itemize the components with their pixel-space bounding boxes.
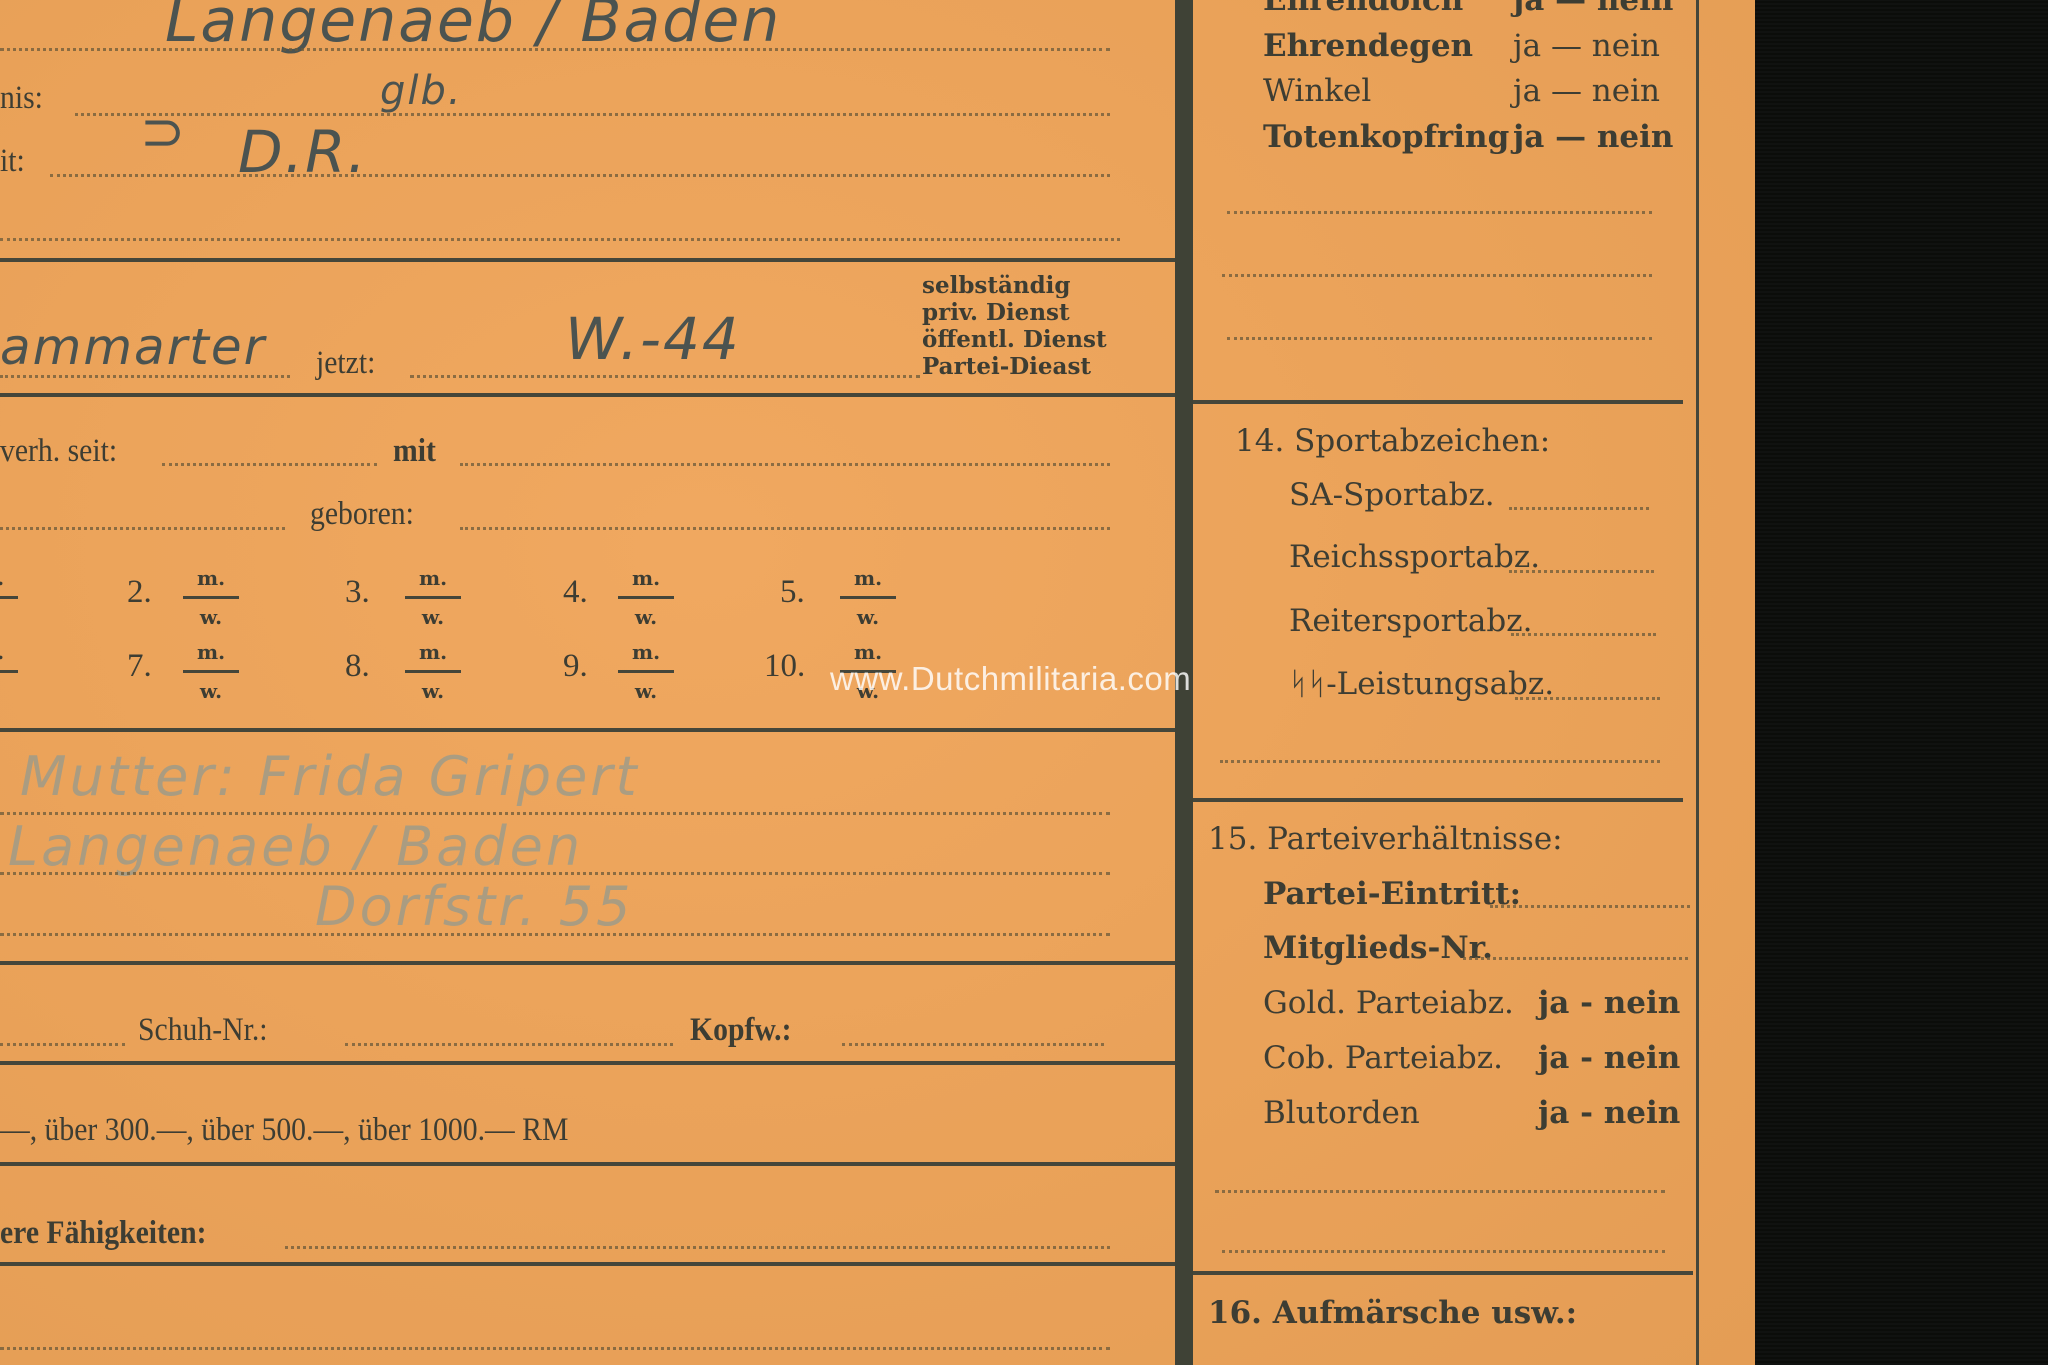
shoe-number-line	[345, 1043, 673, 1046]
honor-label: Totenkopfring	[1263, 119, 1509, 155]
section-divider	[1193, 400, 1683, 404]
party-badge-label: Cob. Parteiabz.	[1263, 1040, 1503, 1076]
sport-badge-line	[1509, 570, 1654, 573]
skills-line	[285, 1246, 1110, 1249]
child-num: 7.	[127, 648, 152, 685]
shoe-number-label: Schuh-Nr.:	[138, 1012, 268, 1049]
sport-badge-label: SA-Sportabz.	[1289, 477, 1495, 513]
honor-label: Winkel	[1263, 73, 1371, 109]
religion-label: nis:	[0, 80, 43, 117]
income-options: —, über 300.—, über 500.—, über 1000.— R…	[0, 1112, 568, 1149]
right-column-border	[1696, 0, 1699, 1365]
divider	[0, 1262, 1175, 1266]
divider	[0, 258, 1175, 262]
child-gender-fraction: m.w.	[183, 566, 239, 629]
section-14-title: 14. Sportabzeichen:	[1235, 423, 1550, 459]
section-16-title: 16. Aufmärsche usw.:	[1208, 1295, 1577, 1331]
married-with-line	[460, 463, 1110, 466]
party-entry-line	[1490, 905, 1690, 908]
religion-handwriting: glb.	[380, 68, 463, 114]
divider	[0, 1061, 1175, 1065]
honors-line	[1222, 274, 1652, 277]
party-badge-label: Blutorden	[1263, 1095, 1420, 1131]
occupation-line	[0, 375, 290, 378]
spouse-name-line	[0, 527, 285, 530]
child-num: 5.	[780, 574, 805, 611]
child-gender-fraction: m.w.	[405, 640, 461, 703]
sport-badge-line	[1509, 507, 1649, 510]
nationality-mark: ⊃	[140, 100, 187, 163]
born-line	[460, 527, 1110, 530]
sport-badge-line	[1515, 697, 1660, 700]
occupation-type: selbständig	[922, 272, 1107, 299]
address-line	[0, 933, 1110, 936]
blank-line	[0, 238, 1120, 241]
religion-line	[75, 113, 1110, 116]
honor-label: Ehrendegen	[1263, 28, 1473, 64]
child-gender-fraction: m.w.	[618, 640, 674, 703]
child-num: 8.	[345, 648, 370, 685]
party-extra-line	[1215, 1190, 1665, 1193]
section-15-title: 15. Parteiverhältnisse:	[1208, 821, 1563, 857]
married-with-label: mit	[393, 433, 436, 470]
child-6-fraction-fragment: m.w.	[0, 640, 18, 703]
nationality-line	[50, 174, 1110, 177]
occupation-type: öffentl. Dienst	[922, 326, 1107, 353]
child-num: 2.	[127, 574, 152, 611]
party-badge-label: Gold. Parteiabz.	[1263, 985, 1514, 1021]
married-since-label: verh. seit:	[0, 433, 117, 470]
section-divider	[1193, 798, 1683, 802]
nationality-label: it:	[0, 143, 25, 180]
born-label: geboren:	[310, 496, 414, 533]
record-card: Langenaeb / Baden nis: glb. ⊃ it: D.R. a…	[0, 0, 1755, 1365]
child-gender-fraction: m.w.	[840, 566, 896, 629]
black-fabric-background	[1755, 0, 2048, 1365]
size-line	[0, 1043, 125, 1046]
occupation-handwriting: ammarter	[0, 318, 266, 376]
pencil-address-line-3: Dorfstr. 55	[315, 875, 633, 938]
honor-options: ja — nein	[1513, 0, 1673, 18]
member-number-label: Mitglieds-Nr.	[1263, 930, 1493, 966]
party-badge-options: ja - nein	[1538, 985, 1680, 1021]
child-num: 4.	[563, 574, 588, 611]
honors-line	[1227, 337, 1652, 340]
child-num: 3.	[345, 574, 370, 611]
head-size-line	[842, 1043, 1104, 1046]
party-badge-options: ja - nein	[1538, 1040, 1680, 1076]
party-extra-line	[1222, 1250, 1665, 1253]
sport-badge-line	[1511, 633, 1656, 636]
member-number-line	[1463, 957, 1688, 960]
occupation-now-line	[410, 375, 920, 378]
child-num: 9.	[563, 648, 588, 685]
child-gender-fraction: m.w.	[183, 640, 239, 703]
birthplace-line	[0, 48, 1110, 51]
child-gender-fraction: m.w.	[618, 566, 674, 629]
divider	[0, 393, 1175, 397]
sport-extra-line	[1220, 760, 1660, 763]
occupation-type: Partei-Dieast	[922, 353, 1107, 380]
occupation-now-handwriting: W.-44	[565, 305, 741, 373]
party-badge-options: ja - nein	[1538, 1095, 1680, 1131]
child-num: 10.	[764, 648, 805, 685]
child-1-fraction-fragment: m.w.	[0, 566, 18, 629]
divider	[0, 1162, 1175, 1166]
party-entry-label: Partei-Eintritt:	[1263, 876, 1521, 912]
section-divider	[1193, 1271, 1693, 1275]
occupation-type: priv. Dienst	[922, 299, 1107, 326]
child-gender-fraction: m.w.	[405, 566, 461, 629]
honors-line	[1227, 211, 1652, 214]
honor-label: Ehrendolch	[1263, 0, 1463, 18]
pencil-address-line-1: Mutter: Frida Gripert	[20, 745, 640, 808]
divider	[0, 961, 1175, 965]
sport-badge-label: Reichssportabz.	[1289, 539, 1540, 575]
honor-options: ja — nein	[1513, 119, 1673, 155]
head-size-label: Kopfw.:	[690, 1012, 791, 1049]
honor-options: ja — nein	[1513, 28, 1660, 64]
skills-label: ere Fähigkeiten:	[0, 1215, 206, 1252]
occupation-type-list: selbständig priv. Dienst öffentl. Dienst…	[922, 272, 1107, 380]
divider	[0, 728, 1175, 732]
honor-options: ja — nein	[1513, 73, 1660, 109]
married-since-line	[162, 463, 377, 466]
watermark: www.Dutchmilitaria.com	[830, 660, 1191, 698]
pencil-address-line-2: Langenaeb / Baden	[8, 815, 583, 878]
sport-badge-label: Reitersportabz.	[1289, 603, 1532, 639]
blank-line	[0, 1347, 1110, 1350]
occupation-now-label: jetzt:	[316, 345, 375, 382]
